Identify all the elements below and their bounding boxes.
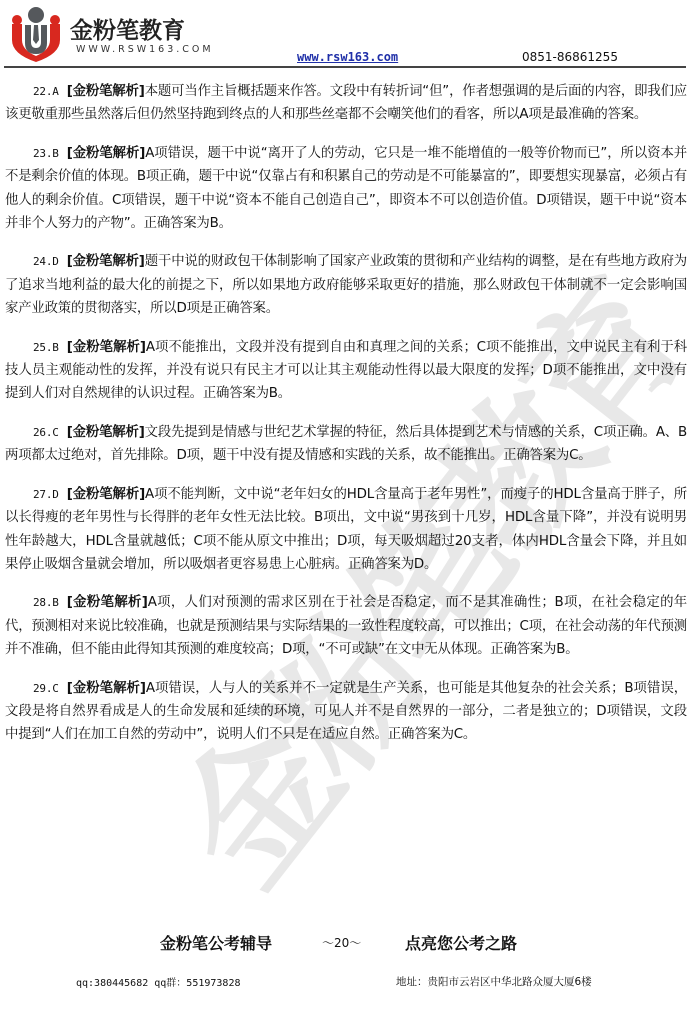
page-header: 金粉笔教育 WWW.RSW163.COM www.rsw163.com 0851… — [0, 0, 692, 70]
answer-number: 28.B — [33, 596, 59, 609]
answer-number: 25.B — [33, 341, 59, 354]
answer-list: 22.A[金粉笔解析]本题可当作主旨概括题来作答。文段中有转折词“但”，作者想强… — [5, 80, 687, 762]
header-divider — [4, 66, 686, 68]
footer-slogan-right: 点亮您公考之路 — [405, 931, 517, 954]
answer-item-24: 24.D[金粉笔解析]题干中说的财政包干体制影响了国家产业政策的贯彻和产业结构的… — [5, 250, 687, 320]
answer-item-25: 25.B[金粉笔解析]A项不能推出，文段并没有提到自由和真理之间的关系；C项不能… — [5, 336, 687, 406]
answer-number: 29.C — [33, 682, 59, 695]
answer-item-22: 22.A[金粉笔解析]本题可当作主旨概括题来作答。文段中有转折词“但”，作者想强… — [5, 80, 687, 127]
footer-contact: qq:380445682 qq群：551973828 地址：贵阳市云岩区中华北路… — [0, 974, 692, 990]
footer-address: 地址：贵阳市云岩区中华北路众厦大厦6楼 — [396, 974, 592, 989]
page-footer: 金粉笔公考辅导 ～20～ 点亮您公考之路 — [0, 931, 692, 955]
footer-slogan-left: 金粉笔公考辅导 — [160, 931, 272, 954]
page-number: ～20～ — [322, 934, 361, 951]
answer-item-29: 29.C[金粉笔解析]A项错误，人与人的关系并不一定就是生产关系，也可能是其他复… — [5, 677, 687, 747]
analysis-tag: [金粉笔解析] — [67, 425, 145, 440]
answer-item-27: 27.D[金粉笔解析]A项不能判断，文中说“老年妇女的HDL含量高于老年男性”，… — [5, 483, 687, 577]
answer-number: 26.C — [33, 426, 59, 439]
logo-shield-icon — [8, 6, 64, 62]
website-link[interactable]: www.rsw163.com — [297, 50, 398, 64]
analysis-tag: [金粉笔解析] — [67, 595, 148, 610]
answer-number: 24.D — [33, 255, 59, 268]
answer-number: 23.B — [33, 147, 59, 160]
analysis-tag: [金粉笔解析] — [67, 254, 145, 269]
footer-qq: qq:380445682 qq群：551973828 — [76, 974, 241, 989]
logo-title: 金粉笔教育 — [70, 12, 185, 45]
answer-number: 27.D — [33, 488, 59, 501]
logo: 金粉笔教育 WWW.RSW163.COM — [8, 6, 198, 62]
document-page: 金粉笔教育 金粉笔教育 WWW.RSW163.COM www.rsw163.co… — [0, 0, 692, 1009]
analysis-tag: [金粉笔解析] — [67, 84, 145, 99]
analysis-tag: [金粉笔解析] — [67, 146, 146, 161]
answer-item-28: 28.B[金粉笔解析]A项，人们对预测的需求区别在于社会是否稳定，而不是其准确性… — [5, 591, 687, 661]
phone-number: 0851-86861255 — [522, 50, 618, 64]
answer-number: 22.A — [33, 85, 59, 98]
answer-item-26: 26.C[金粉笔解析]文段先提到是情感与世纪艺术掌握的特征，然后具体提到艺术与情… — [5, 421, 687, 468]
answer-item-23: 23.B[金粉笔解析]A项错误，题干中说“离开了人的劳动，它只是一堆不能增值的一… — [5, 142, 687, 236]
analysis-tag: [金粉笔解析] — [67, 681, 146, 696]
logo-subtitle: WWW.RSW163.COM — [76, 44, 214, 55]
analysis-tag: [金粉笔解析] — [67, 487, 145, 502]
analysis-tag: [金粉笔解析] — [67, 340, 146, 355]
